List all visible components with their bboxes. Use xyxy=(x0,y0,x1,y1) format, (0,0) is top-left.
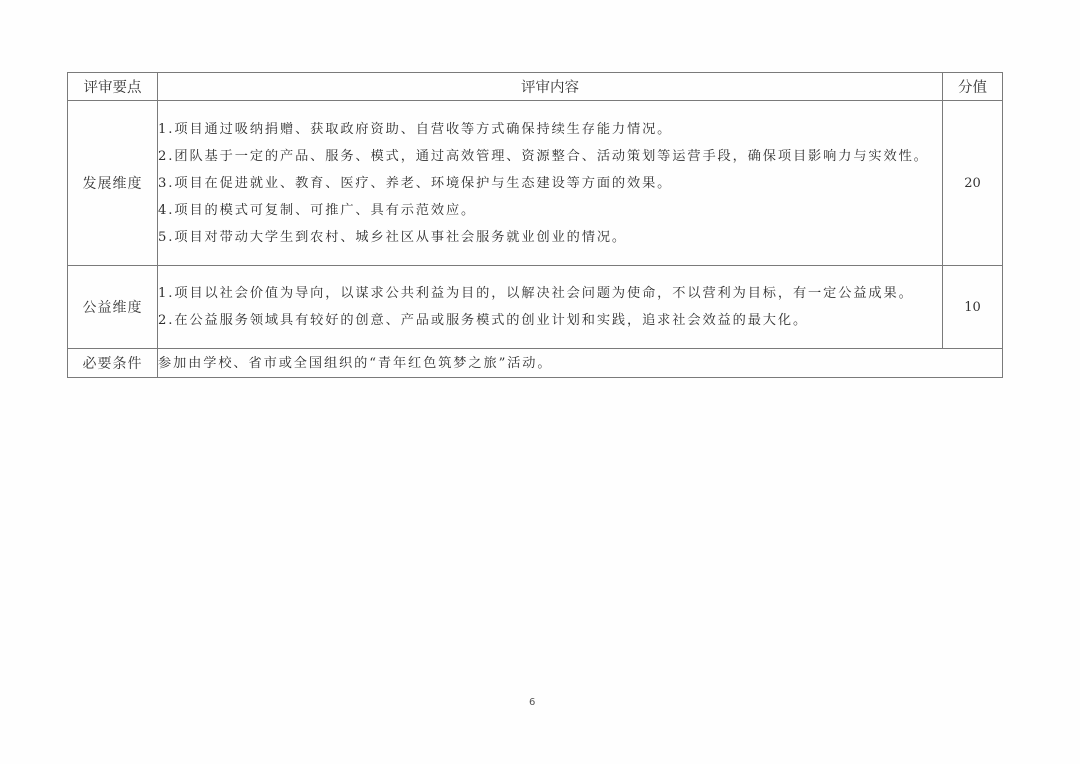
criteria-item: 2.团队基于一定的产品、服务、模式，通过高效管理、资源整合、活动策划等运营手段，… xyxy=(158,143,942,170)
evaluation-criteria-table: 评审要点 评审内容 分值 发展维度 1.项目通过吸纳捐赠、获取政府资助、自营收等… xyxy=(67,72,1003,378)
point-cell: 公益维度 xyxy=(68,266,158,349)
header-evaluation-point: 评审要点 xyxy=(68,73,158,101)
criteria-item: 参加由学校、省市或全国组织的“青年红色筑梦之旅”活动。 xyxy=(158,350,1002,377)
point-cell: 必要条件 xyxy=(68,349,158,378)
content-cell: 1.项目以社会价值为导向，以谋求公共利益为目的，以解决社会问题为使命，不以营利为… xyxy=(158,266,943,349)
criteria-item: 2.在公益服务领域具有较好的创意、产品或服务模式的创业计划和实践，追求社会效益的… xyxy=(158,307,942,334)
table-header-row: 评审要点 评审内容 分值 xyxy=(68,73,1003,101)
criteria-item: 1.项目以社会价值为导向，以谋求公共利益为目的，以解决社会问题为使命，不以营利为… xyxy=(158,280,942,307)
score-cell: 10 xyxy=(943,266,1003,349)
criteria-item: 1.项目通过吸纳捐赠、获取政府资助、自营收等方式确保持续生存能力情况。 xyxy=(158,116,942,143)
header-evaluation-content: 评审内容 xyxy=(158,73,943,101)
criteria-item: 4.项目的模式可复制、可推广、具有示范效应。 xyxy=(158,197,942,224)
document-page: 评审要点 评审内容 分值 发展维度 1.项目通过吸纳捐赠、获取政府资助、自营收等… xyxy=(0,0,1080,764)
page-number: 6 xyxy=(529,697,535,708)
content-cell: 参加由学校、省市或全国组织的“青年红色筑梦之旅”活动。 xyxy=(158,349,1003,378)
table-row-required-condition: 必要条件 参加由学校、省市或全国组织的“青年红色筑梦之旅”活动。 xyxy=(68,349,1003,378)
score-cell: 20 xyxy=(943,101,1003,266)
table-row-development: 发展维度 1.项目通过吸纳捐赠、获取政府资助、自营收等方式确保持续生存能力情况。… xyxy=(68,101,1003,266)
content-cell: 1.项目通过吸纳捐赠、获取政府资助、自营收等方式确保持续生存能力情况。 2.团队… xyxy=(158,101,943,266)
criteria-item: 3.项目在促进就业、教育、医疗、养老、环境保护与生态建设等方面的效果。 xyxy=(158,170,942,197)
point-cell: 发展维度 xyxy=(68,101,158,266)
header-score: 分值 xyxy=(943,73,1003,101)
table-row-public-benefit: 公益维度 1.项目以社会价值为导向，以谋求公共利益为目的，以解决社会问题为使命，… xyxy=(68,266,1003,349)
criteria-item: 5.项目对带动大学生到农村、城乡社区从事社会服务就业创业的情况。 xyxy=(158,224,942,251)
